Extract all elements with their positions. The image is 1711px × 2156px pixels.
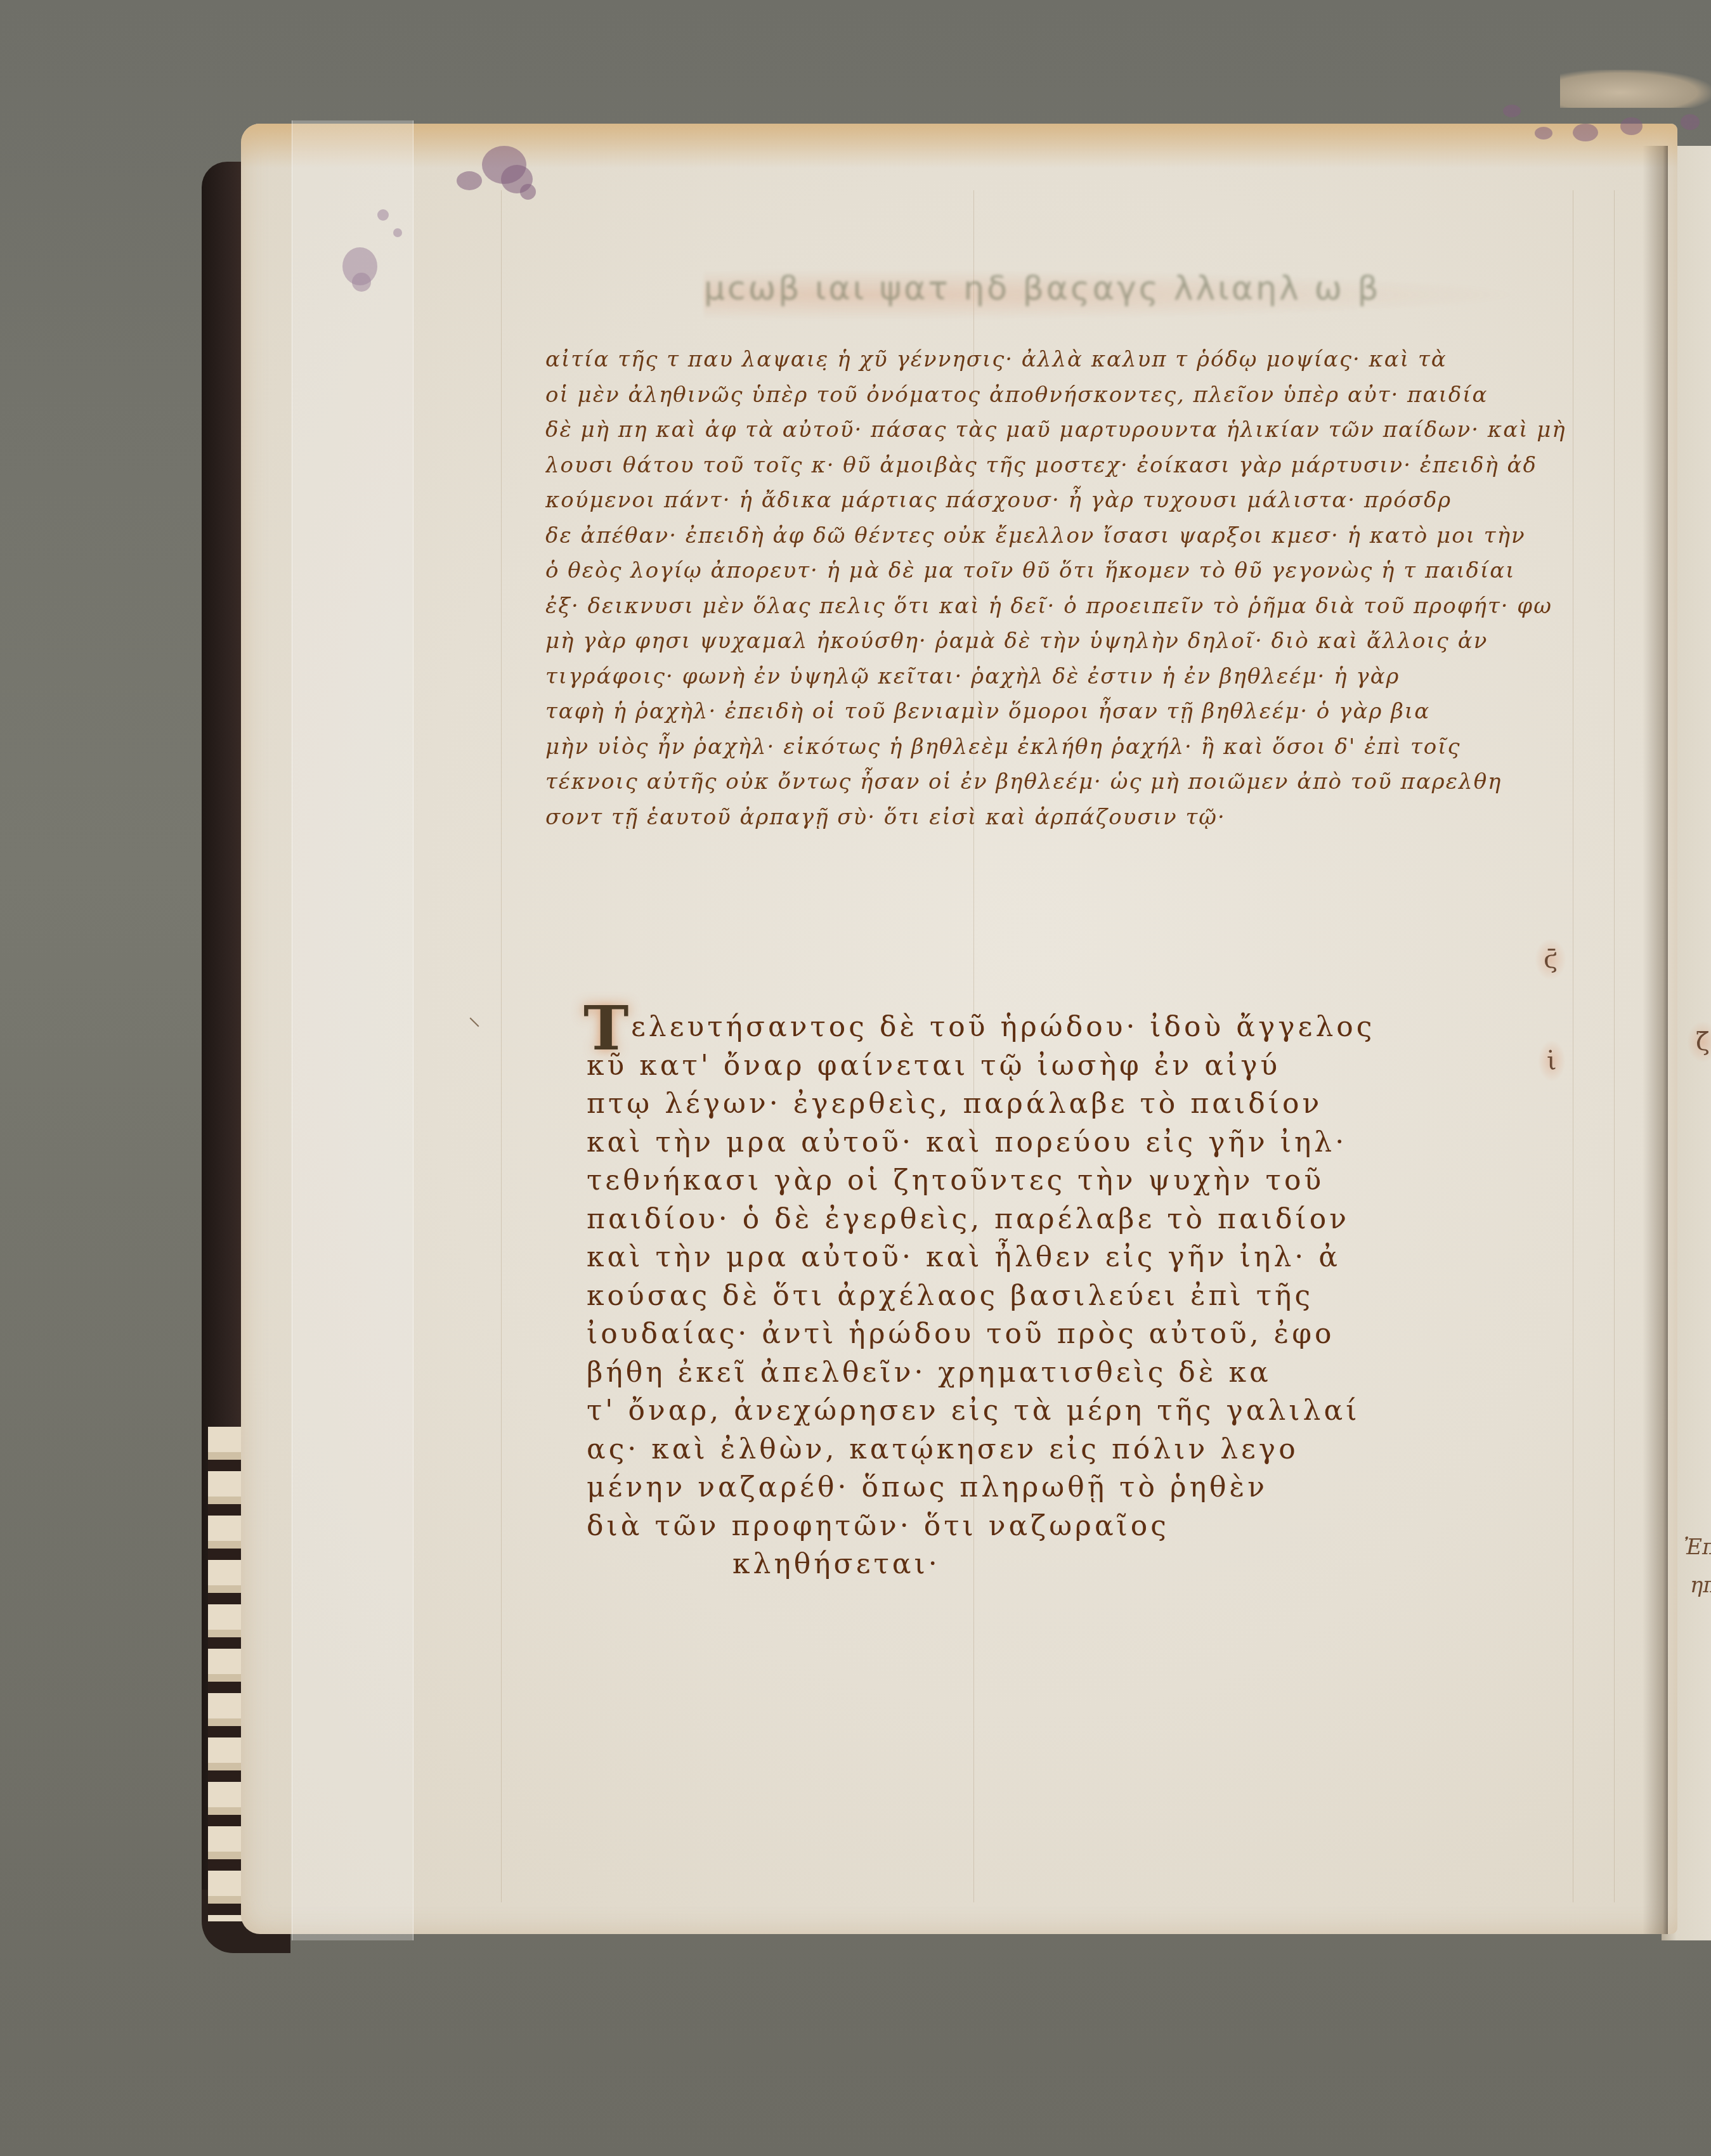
ink-stain [457, 171, 482, 190]
gospel-line: κληθήσεται· [587, 1545, 1589, 1584]
commentary-line: λουσι θάτου τοῦ τοῖς κ· θῦ ἀμοιβὰς τῆς μ… [545, 448, 1585, 484]
binding-thread [1560, 70, 1711, 108]
gospel-line: παιδίου· ὁ δὲ ἐγερθεὶς, παρέλαβε τὸ παιδ… [587, 1200, 1589, 1239]
commentary-line: μὴ γὰρ φησι ψυχαμαλ ἠκούσθη· ῥαμὰ δὲ τὴν… [545, 624, 1585, 659]
facing-page-mark: ζ̄ [1687, 1021, 1711, 1063]
gospel-line: καὶ τὴν μρα αὐτοῦ· καὶ πορεύου εἰς γῆν ἰ… [587, 1124, 1589, 1162]
gutter-shadow [1643, 146, 1668, 1934]
commentary-line: σοντ τῇ ἑαυτοῦ ἀρπαγῇ σὺ· ὅτι εἰσὶ καὶ ἀ… [545, 800, 1585, 836]
repair-tape [292, 120, 413, 1940]
margin-mark: ⸌ [468, 1008, 481, 1043]
commentary-line: οἱ μὲν ἀληθινῶς ὑπὲρ τοῦ ὀνόματος ἀποθνή… [545, 378, 1585, 413]
commentary-line: τιγράφοις· φωνὴ ἐν ὑψηλῷ κεῖται· ῥαχὴλ δ… [545, 659, 1585, 695]
ink-stain [1503, 105, 1521, 117]
gospel-line: ἰουδαίας· ἀντὶ ἡρώδου τοῦ πρὸς αὐτοῦ, ἐφ… [587, 1315, 1589, 1354]
ink-stain [520, 184, 536, 200]
commentary-line: ἐξ· δεικνυσι μὲν ὅλας πελις ὅτι καὶ ἡ δε… [545, 589, 1585, 625]
gospel-line: βήθη ἐκεῖ ἀπελθεῖν· χρηματισθεὶς δὲ κα [587, 1354, 1589, 1393]
ink-stain [1573, 124, 1598, 141]
gospel-line: κούσας δὲ ὅτι ἀρχέλαος βασιλεύει ἐπὶ τῆς [587, 1277, 1589, 1316]
ink-stain [1620, 117, 1643, 135]
commentary-line: ὁ θεὸς λογίῳ ἀπορευτ· ἡ μὰ δὲ μα τοῖν θῦ… [545, 554, 1585, 589]
commentary-block: αἰτία τῆς τ παυ λαψαιε̣ ἡ χῦ γέννησις· ἀ… [545, 342, 1585, 835]
ink-stain [1681, 114, 1700, 130]
gospel-line: καὶ τὴν μρα αὐτοῦ· καὶ ἦλθεν εἰς γῆν ἰηλ… [587, 1238, 1589, 1277]
page-top-edge [241, 124, 1677, 168]
quire-mark: ϛ̄ [1535, 938, 1566, 980]
commentary-line: τέκνοις αὐτῆς οὐκ ὄντως ἦσαν οἱ ἐν βηθλε… [545, 765, 1585, 800]
gospel-line: μένην ναζαρέθ· ὅπως πληρωθῇ τὸ ῥηθὲν [587, 1469, 1589, 1507]
commentary-line: δε ἀπέθαν· ἐπειδὴ ἀφ δῶ θέντες οὐκ ἔμελλ… [545, 519, 1585, 554]
gospel-line: κῦ κατ' ὄναρ φαίνεται τῷ ἰωσὴφ ἐν αἰγύ [587, 1047, 1589, 1086]
offset-heading: μcωβ ιαι ψατ ηδ βαςαγς λλιαηλ ω β [704, 269, 1522, 320]
gospel-line: ας· καὶ ἐλθὼν, κατῴκησεν εἰς πόλιν λεγο [587, 1431, 1589, 1469]
ruling-line [1614, 190, 1615, 1902]
gospel-line: τεθνήκασι γὰρ οἱ ζητοῦντες τὴν ψυχὴν τοῦ [587, 1162, 1589, 1200]
ruling-line [501, 190, 502, 1902]
commentary-line: ταφὴ ἡ ῥαχὴλ· ἐπειδὴ οἱ τοῦ βενιαμὶν ὅμο… [545, 694, 1585, 730]
gospel-line: ελευτήσαντος δὲ τοῦ ἡρώδου· ἰδοὺ ἄγγελος [587, 1008, 1589, 1047]
gospel-line: διὰ τῶν προφητῶν· ὅτι ναζωραῖος [587, 1507, 1589, 1546]
gospel-line: τ' ὄναρ, ἀνεχώρησεν εἰς τὰ μέρη τῆς γαλι… [587, 1392, 1589, 1431]
commentary-line: δὲ μὴ πη καὶ ἀφ τὰ αὐτοῦ· πάσας τὰς μαῦ … [545, 413, 1585, 448]
commentary-line: αἰτία τῆς τ παυ λαψαιε̣ ἡ χῦ γέννησις· ἀ… [545, 342, 1585, 378]
commentary-line: μὴν υἱὸς ἦν ῥαχὴλ· εἰκότως ἡ βηθλεὲμ ἐκλ… [545, 730, 1585, 765]
gospel-line: πτῳ λέγων· ἐγερθεὶς, παράλαβε τὸ παιδίον [587, 1085, 1589, 1124]
ink-stain [1535, 127, 1552, 140]
facing-page-note: ηπ [1690, 1573, 1711, 1598]
quire-mark: ι̇ [1538, 1040, 1566, 1082]
commentary-line: κούμενοι πάντ· ἡ ἄδικα μάρτιας πάσχουσ· … [545, 483, 1585, 519]
gospel-block: ελευτήσαντος δὲ τοῦ ἡρώδου· ἰδοὺ ἄγγελος… [587, 1008, 1589, 1584]
facing-page-note: Ἐπτὰ [1684, 1535, 1711, 1560]
